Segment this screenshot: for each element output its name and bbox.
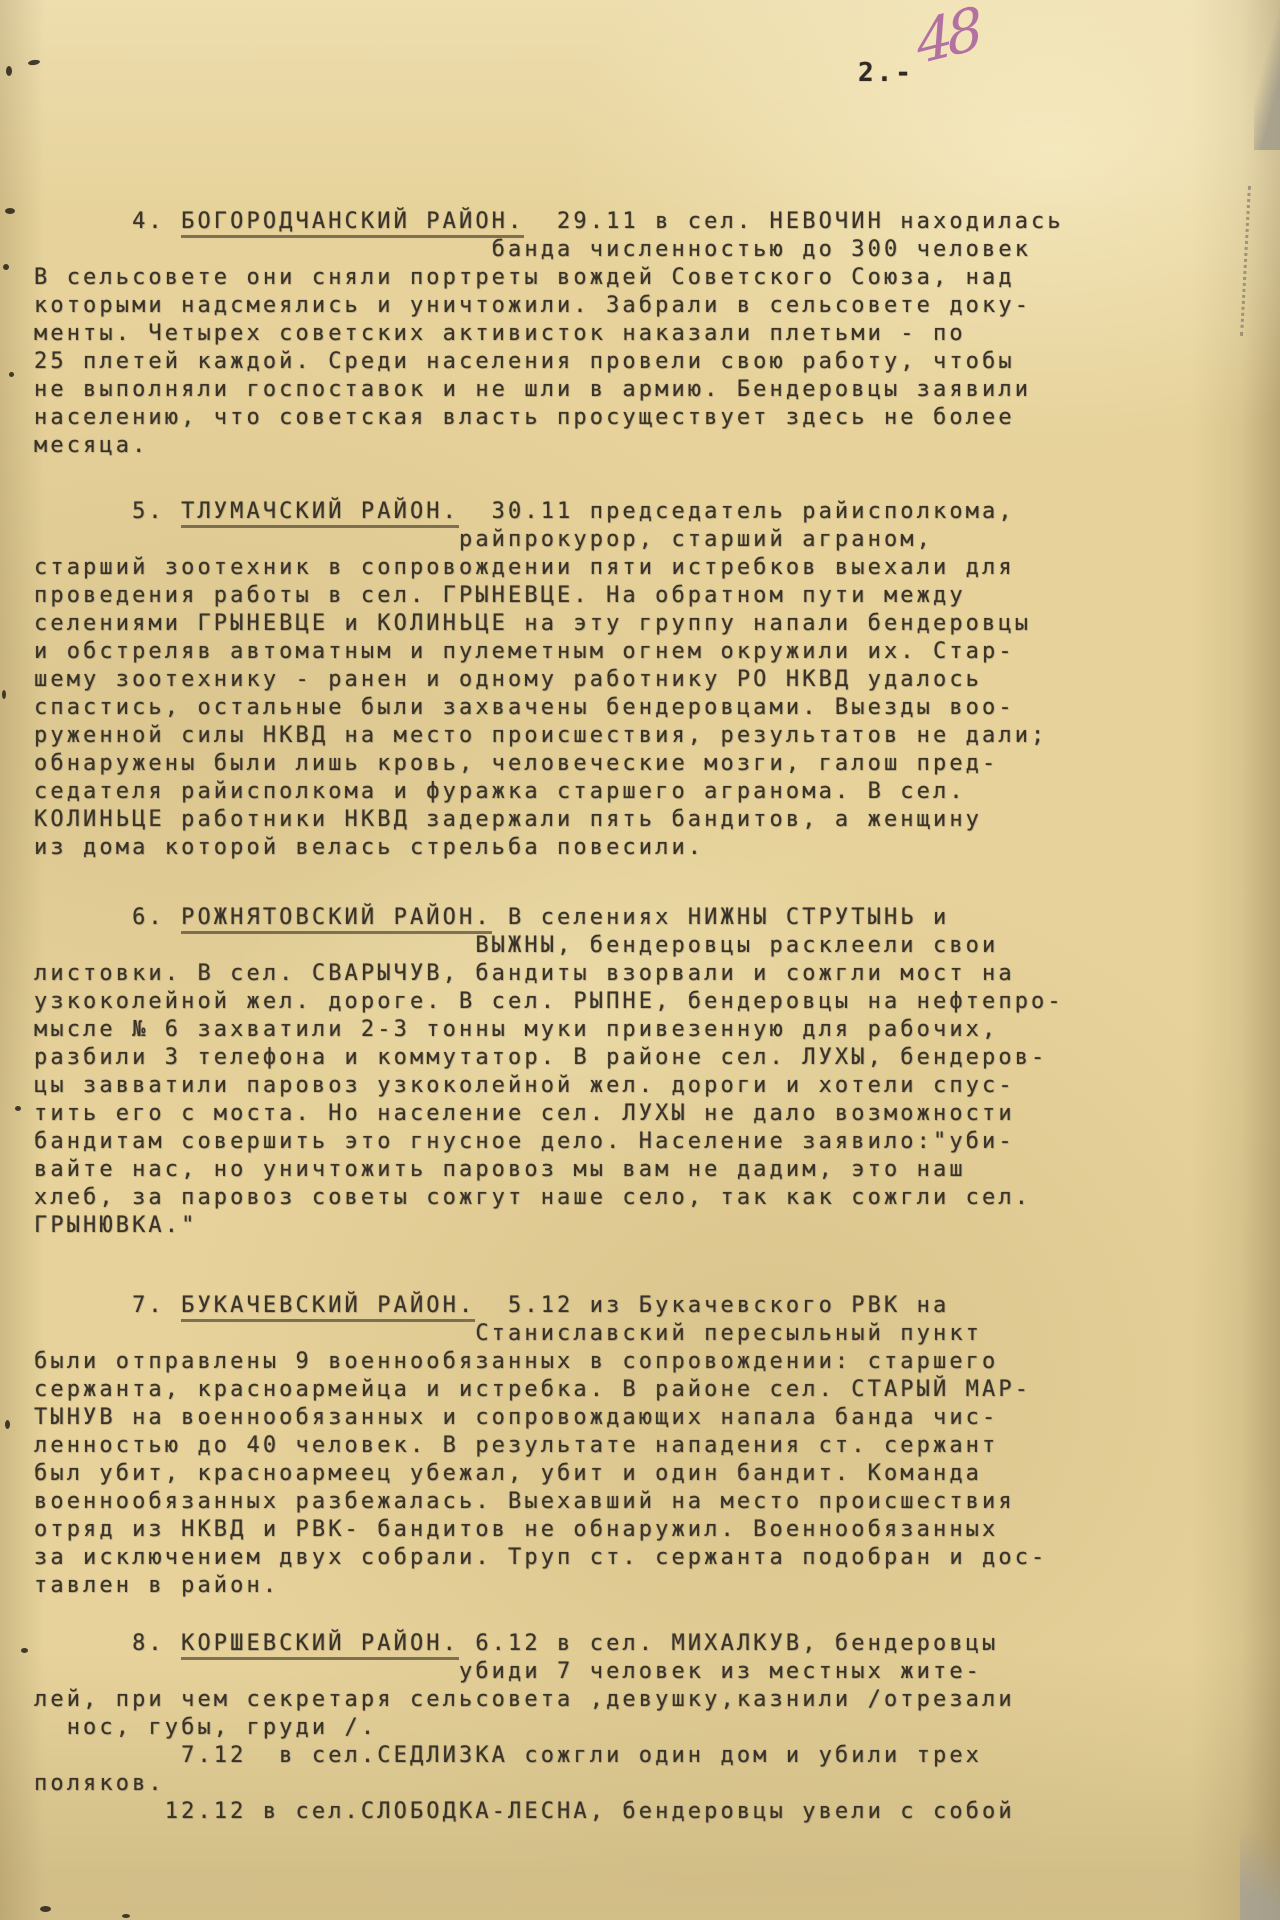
text-line: спастись, остальные были захвачены бенде…: [34, 694, 1254, 722]
text-line: не выполняли госпоставок и не шли в арми…: [34, 376, 1254, 404]
text-line: бандитам совершить это гнусное дело. Нас…: [34, 1128, 1254, 1156]
text-line: листовки. В сел. СВАРЫЧУВ, бандиты взорв…: [34, 960, 1254, 988]
text-line: райпрокурор, старший аграном,: [34, 526, 1254, 554]
text-line: 7. БУКАЧЕВСКИЙ РАЙОН. 5.12 из Букачевско…: [34, 1292, 1254, 1320]
text-line: обнаружены были лишь кровь, человеческие…: [34, 750, 1254, 778]
text-line: вайте нас, но уничтожить паровоз мы вам …: [34, 1156, 1254, 1184]
text-line: тавлен в район.: [34, 1572, 1254, 1600]
text-line: сержанта, красноармейца и истребка. В ра…: [34, 1376, 1254, 1404]
text-line: 4. БОГОРОДЧАНСКИЙ РАЙОН. 29.11 в сел. НЕ…: [34, 208, 1254, 236]
text-line: В сельсовете они сняли портреты вождей С…: [34, 264, 1254, 292]
text-line: был убит, красноармеец убежал, убит и од…: [34, 1460, 1254, 1488]
text-line: месяца.: [34, 432, 1254, 460]
text-line: банда численностью до 300 человек: [34, 236, 1254, 264]
district-section: 5. ТЛУМАЧСКИЙ РАЙОН. 30.11 председатель …: [34, 498, 1254, 862]
text-line: старший зоотехник в сопровождении пяти и…: [34, 554, 1254, 582]
underlined-district-heading: ТЛУМАЧСКИЙ РАЙОН.: [181, 499, 459, 528]
text-line: шему зоотехнику - ранен и одному работни…: [34, 666, 1254, 694]
underlined-district-heading: КОРШЕВСКИЙ РАЙОН.: [181, 1631, 459, 1660]
text-line: 6. РОЖНЯТОВСКИЙ РАЙОН. В селениях НИЖНЫ …: [34, 904, 1254, 932]
text-line: ТЫНУВ на военнообязанных и сопровождающи…: [34, 1404, 1254, 1432]
text-line: менты. Четырех советских активисток нака…: [34, 320, 1254, 348]
document-body: 4. БОГОРОДЧАНСКИЙ РАЙОН. 29.11 в сел. НЕ…: [34, 208, 1254, 1826]
ink-speck: [40, 1906, 51, 1912]
text-line: Станиславский пересыльный пункт: [34, 1320, 1254, 1348]
text-line: 25 плетей каждой. Среди населения провел…: [34, 348, 1254, 376]
heading-continuation: 30.11 председатель райисполкома,: [459, 499, 1015, 524]
ink-speck: [21, 1648, 28, 1653]
section-number: 7.: [34, 1293, 181, 1318]
ink-speck: [6, 66, 12, 76]
text-line: населению, что советская власть просущес…: [34, 404, 1254, 432]
ink-speck: [28, 59, 41, 66]
text-line: из дома которой велась стрельба повесили…: [34, 834, 1254, 862]
typed-page-number: 2.-: [858, 58, 914, 88]
section-number: 5.: [34, 499, 181, 524]
text-line: убиди 7 человек из местных жите-: [34, 1658, 1254, 1686]
heading-continuation: 6.12 в сел. МИХАЛКУВ, бендеровцы: [459, 1631, 998, 1656]
text-line: ленностью до 40 человек. В результате на…: [34, 1432, 1254, 1460]
text-line: разбили 3 телефона и коммутатор. В район…: [34, 1044, 1254, 1072]
text-line: поляков.: [34, 1770, 1254, 1798]
text-line: цы завватили паровоз узкоколейной жел. д…: [34, 1072, 1254, 1100]
district-section: 8. КОРШЕВСКИЙ РАЙОН. 6.12 в сел. МИХАЛКУ…: [34, 1630, 1254, 1826]
section-number: 8.: [34, 1631, 181, 1656]
handwritten-page-number: 48: [913, 0, 980, 78]
underlined-district-heading: РОЖНЯТОВСКИЙ РАЙОН.: [181, 905, 492, 934]
ink-speck: [15, 1106, 21, 1111]
underlined-district-heading: БУКАЧЕВСКИЙ РАЙОН.: [181, 1293, 475, 1322]
text-line: КОЛИНЬЦЕ работники НКВД задержали пять б…: [34, 806, 1254, 834]
text-line: руженной силы НКВД на место происшествия…: [34, 722, 1254, 750]
ink-speck: [5, 1420, 10, 1429]
text-line: 7.12 в сел.СЕДЛИЗКА сожгли один дом и уб…: [34, 1742, 1254, 1770]
text-line: седателя райисполкома и фуражка старшего…: [34, 778, 1254, 806]
section-number: 6.: [34, 905, 181, 930]
text-line: были отправлены 9 военнообязанных в сопр…: [34, 1348, 1254, 1376]
text-line: хлеб, за паровоз советы сожгут наше село…: [34, 1184, 1254, 1212]
text-line: 5. ТЛУМАЧСКИЙ РАЙОН. 30.11 председатель …: [34, 498, 1254, 526]
text-line: ВЫЖНЫ, бендеровцы расклеели свои: [34, 932, 1254, 960]
text-line: селениями ГРЫНЕВЦЕ и КОЛИНЬЦЕ на эту гру…: [34, 610, 1254, 638]
underlined-district-heading: БОГОРОДЧАНСКИЙ РАЙОН.: [181, 209, 524, 238]
text-line: лей, при чем секретаря сельсовета ,девуш…: [34, 1686, 1254, 1714]
district-section: 4. БОГОРОДЧАНСКИЙ РАЙОН. 29.11 в сел. НЕ…: [34, 208, 1254, 460]
ink-speck: [2, 690, 6, 699]
text-line: которыми надсмеялись и уничтожили. Забра…: [34, 292, 1254, 320]
heading-continuation: В селениях НИЖНЫ СТРУТЫНЬ и: [492, 905, 950, 930]
text-line: отряд из НКВД и РВК- бандитов не обнаруж…: [34, 1516, 1254, 1544]
text-line: и обстреляв автоматным и пулеметным огне…: [34, 638, 1254, 666]
text-line: 8. КОРШЕВСКИЙ РАЙОН. 6.12 в сел. МИХАЛКУ…: [34, 1630, 1254, 1658]
text-line: узкоколейной жел. дороге. В сел. РЫПНЕ, …: [34, 988, 1254, 1016]
text-line: нос, губы, груди /.: [34, 1714, 1254, 1742]
text-line: мысле № 6 захватили 2-3 тонны муки приве…: [34, 1016, 1254, 1044]
ink-speck: [5, 208, 15, 214]
text-line: 12.12 в сел.СЛОБОДКА-ЛЕСНА, бендеровцы у…: [34, 1798, 1254, 1826]
ink-speck: [122, 1914, 130, 1918]
text-line: проведения работы в сел. ГРЫНЕВЦЕ. На об…: [34, 582, 1254, 610]
heading-continuation: 29.11 в сел. НЕВОЧИН находилась: [524, 209, 1063, 234]
district-section: 7. БУКАЧЕВСКИЙ РАЙОН. 5.12 из Букачевско…: [34, 1292, 1254, 1600]
ink-speck: [3, 264, 9, 270]
text-line: за исключением двух собрали. Труп ст. се…: [34, 1544, 1254, 1572]
section-number: 4.: [34, 209, 181, 234]
scanned-page: 48 2.- 4. БОГОРОДЧАНСКИЙ РАЙОН. 29.11 в …: [0, 0, 1280, 1920]
heading-continuation: 5.12 из Букачевского РВК на: [475, 1293, 949, 1318]
text-line: военнообязанных разбежалась. Выехавший н…: [34, 1488, 1254, 1516]
district-section: 6. РОЖНЯТОВСКИЙ РАЙОН. В селениях НИЖНЫ …: [34, 904, 1254, 1240]
scan-edge-shadow: [1254, 0, 1280, 150]
text-line: ГРЫНЮВКА.": [34, 1212, 1254, 1240]
text-line: тить его с моста. Но население сел. ЛУХЫ…: [34, 1100, 1254, 1128]
ink-speck: [9, 372, 14, 377]
